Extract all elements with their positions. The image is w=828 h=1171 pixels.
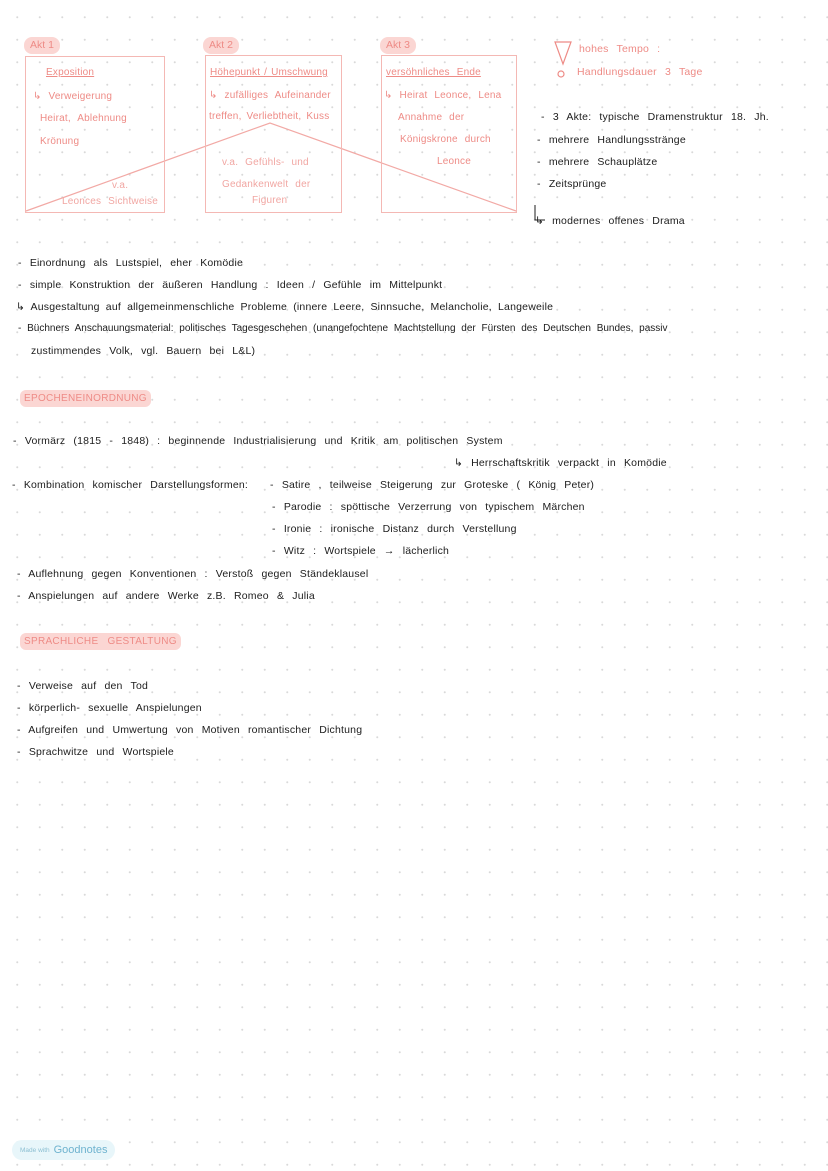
section-heading-epoche: EPOCHENEINORDNUNG [20, 390, 151, 407]
comic-form: - Witz : Wortspiele → lächerlich [272, 545, 449, 557]
act-2-note: v.a. Gefühls- und [222, 157, 309, 168]
act-1-note: Leonces Sichtweise [62, 196, 158, 207]
act-3-line: Königskrone durch [400, 134, 491, 145]
structure-note: - Zeitsprünge [537, 178, 606, 190]
structure-note: - mehrere Schauplätze [537, 156, 657, 168]
act-1-line: Heirat, Ablehnung [40, 113, 127, 124]
comic-form: - Parodie : spöttische Verzerrung von ty… [272, 501, 585, 513]
comic-form: - Satire , teilweise Steigerung zur Grot… [270, 479, 594, 491]
epoche-note: - Anspielungen auf andere Werke z.B. Rom… [17, 590, 315, 602]
act-1-line: Krönung [40, 136, 79, 147]
comic-form: - Ironie : ironische Distanz durch Verst… [272, 523, 517, 535]
sprache-note: - Aufgreifen und Umwertung von Motiven r… [17, 724, 362, 736]
general-note: - Büchners Anschauungsmaterial: politisc… [18, 323, 668, 334]
epoche-note: - Auflehnung gegen Konventionen : Versto… [17, 568, 368, 580]
act-1-tag: Akt 1 [24, 37, 60, 54]
epoche-note: - Vormärz (1815 - 1848) : beginnende Ind… [13, 435, 503, 447]
act-2-line: treffen, Verliebtheit, Kuss [209, 111, 329, 122]
act-1-box [25, 56, 165, 213]
act-2-line: ↳ zufälliges Aufeinander [209, 90, 331, 101]
act-2-note: Gedankenwelt der [222, 179, 310, 190]
structure-note: - 3 Akte: typische Dramenstruktur 18. Jh… [541, 111, 769, 123]
act-3-line: ↳ Heirat Leonce, Lena [384, 90, 501, 101]
structure-conclusion: ↳ modernes offenes Drama [535, 215, 685, 227]
sprache-note: - körperlich- sexuelle Anspielungen [17, 702, 202, 714]
goodnotes-badge[interactable]: Made with Goodnotes [12, 1140, 115, 1160]
goodnotes-brand: Goodnotes [54, 1144, 108, 1156]
exclamation-icon [553, 40, 573, 82]
general-note: ↳ Ausgestaltung auf allgemeinmenschliche… [16, 301, 553, 313]
sprache-note: - Verweise auf den Tod [17, 680, 148, 692]
act-2-tag: Akt 2 [203, 37, 239, 54]
warning-line: Handlungsdauer 3 Tage [577, 66, 703, 78]
act-1-note: v.a. [112, 180, 128, 191]
warning-line: hohes Tempo : [579, 43, 660, 55]
structure-note: - mehrere Handlungsstränge [537, 134, 686, 146]
act-3-title: versöhnliches Ende [386, 67, 481, 78]
act-2-note: Figuren [252, 195, 287, 206]
act-3-line: Leonce [437, 156, 471, 167]
act-2-title: Höhepunkt / Umschwung [210, 67, 328, 78]
act-1-title: Exposition [46, 67, 94, 78]
act-3-line: Annahme der [398, 112, 464, 123]
made-with-label: Made with [20, 1147, 50, 1154]
general-note: - Einordnung als Lustspiel, eher Komödie [18, 257, 243, 269]
general-note: - simple Konstruktion der äußeren Handlu… [18, 279, 442, 291]
sprache-note: - Sprachwitze und Wortspiele [17, 746, 174, 758]
general-note: zustimmendes Volk, vgl. Bauern bei L&L) [31, 345, 255, 357]
act-1-line: ↳ Verweigerung [33, 91, 112, 102]
epoche-subnote: ↳ Herrschaftskritik verpackt in Komödie [454, 457, 667, 469]
epoche-note: - Kombination komischer Darstellungsform… [12, 479, 248, 491]
section-heading-sprache: SPRACHLICHE GESTALTUNG [20, 633, 181, 650]
act-3-tag: Akt 3 [380, 37, 416, 54]
